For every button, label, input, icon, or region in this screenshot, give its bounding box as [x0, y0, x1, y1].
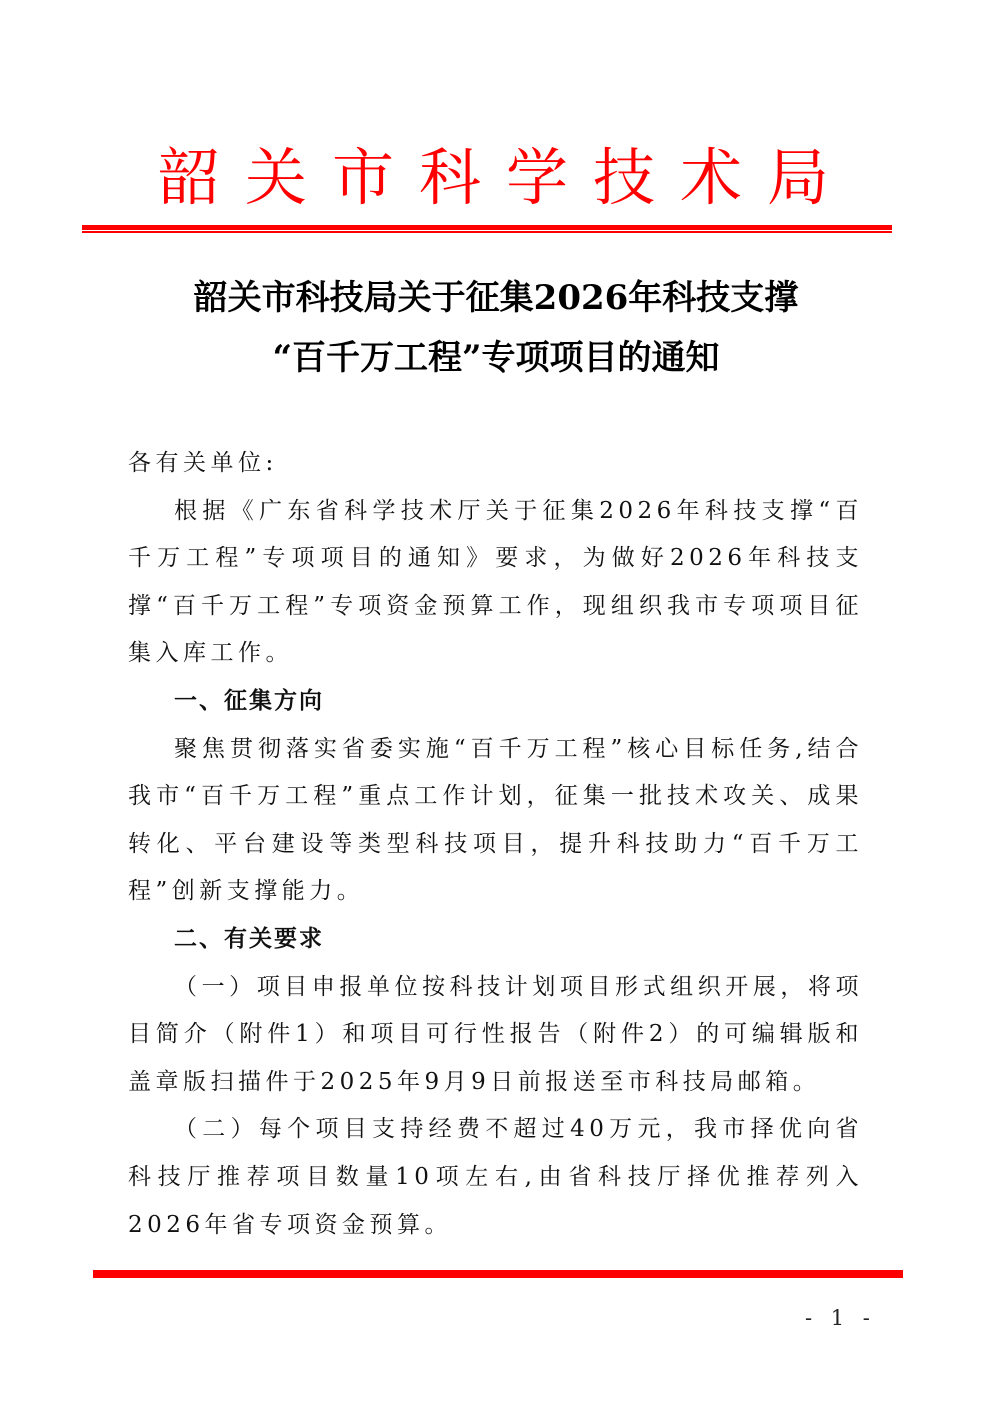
document-body: 各有关单位: 根据《广东省科学技术厅关于征集2026年科技支撑“百千万工程”专项… — [128, 440, 863, 1249]
masthead-red-rule-thin — [82, 231, 892, 233]
section-heading-direction: 一、征集方向 — [128, 678, 863, 726]
intro-paragraph: 根据《广东省科学技术厅关于征集2026年科技支撑“百千万工程”专项项目的通知》要… — [128, 488, 863, 678]
page-number: - 1 - — [805, 1306, 876, 1330]
section-heading-requirements: 二、有关要求 — [128, 916, 863, 964]
section-paragraph: （二）每个项目支持经费不超过40万元，我市择优向省科技厅推荐项目数量10项左右,… — [128, 1106, 863, 1249]
masthead-org-name: 韶关市科学技术局 — [0, 138, 992, 218]
footer-red-rule — [93, 1270, 903, 1278]
section-paragraph: 聚焦贯彻落实省委实施“百千万工程”核心目标任务,结合我市“百千万工程”重点工作计… — [128, 726, 863, 916]
masthead-red-rule — [82, 225, 892, 230]
document-title-line1: 韶关市科技局关于征集2026年科技支撑 — [0, 278, 992, 318]
document-title-line2: “百千万工程”专项项目的通知 — [0, 338, 992, 378]
section-paragraph: （一）项目申报单位按科技计划项目形式组织开展，将项目简介（附件1）和项目可行性报… — [128, 964, 863, 1107]
salutation: 各有关单位: — [128, 440, 863, 488]
